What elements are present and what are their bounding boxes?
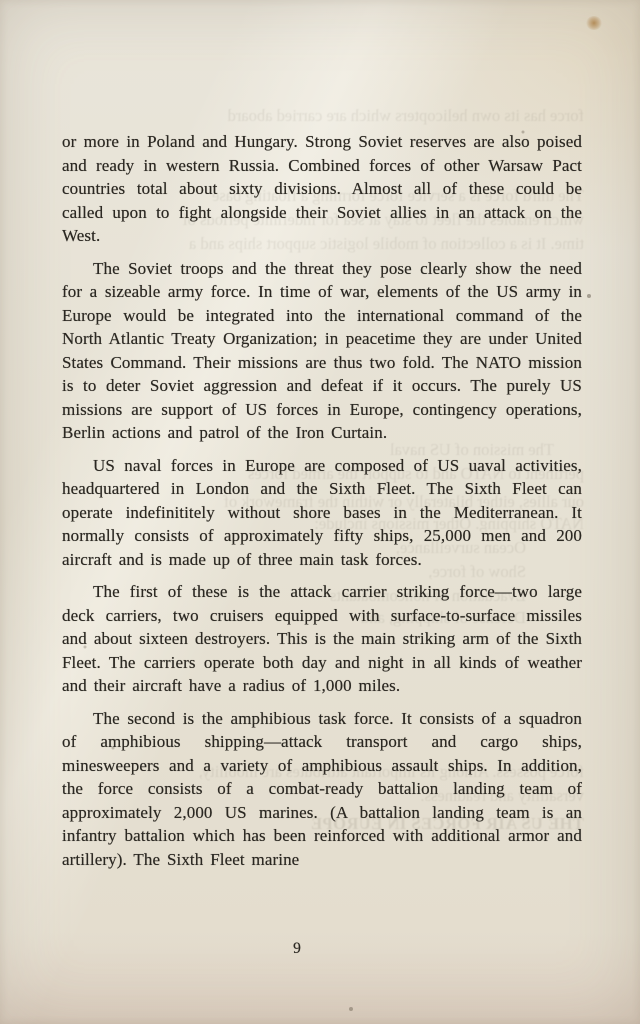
paper-specks [0, 0, 2, 2]
bleedthrough-line: force has its own helicopters which are … [60, 106, 584, 126]
paragraph-soviet-threat: The Soviet troops and the threat they po… [62, 257, 582, 445]
paragraph-us-naval-forces: US naval forces in Europe are composed o… [62, 454, 582, 572]
body-text: or more in Poland and Hungary. Strong So… [62, 130, 582, 880]
paragraph-amphibious-task-force: The second is the amphibious task force.… [62, 707, 582, 872]
foxing-stain [586, 16, 602, 30]
paragraph-continuation: or more in Poland and Hungary. Strong So… [62, 130, 582, 248]
scanned-book-page: force has its own helicopters which are … [0, 0, 640, 1024]
page-number: 9 [62, 940, 532, 958]
paragraph-carrier-striking-force: The first of these is the attack carrier… [62, 580, 582, 698]
